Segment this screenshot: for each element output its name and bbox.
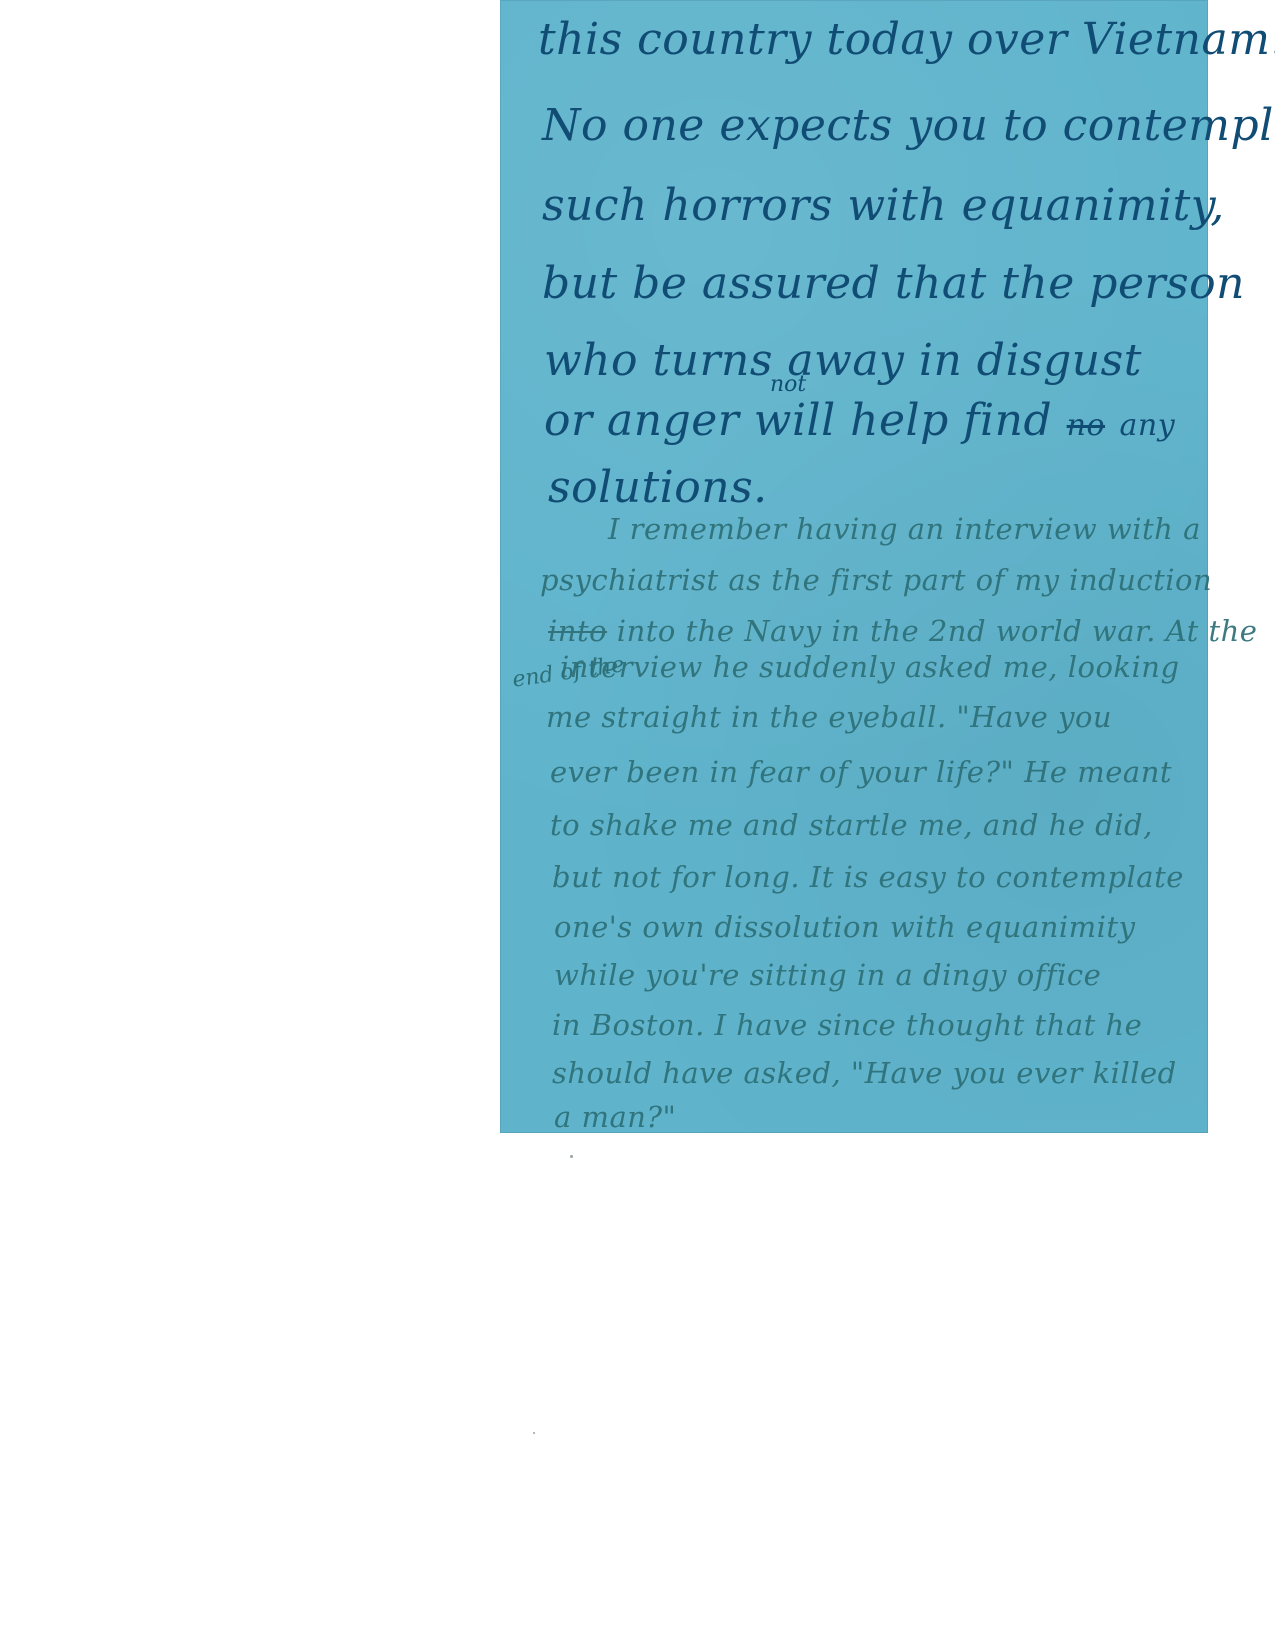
pencil-line-6: ever been in fear of your life?" He mean… xyxy=(550,755,1172,789)
ink-line-6-text: or anger will help find xyxy=(544,395,1052,446)
ink-line-6: or anger will help find no any xyxy=(544,395,1175,446)
pencil-line-1: I remember having an interview with a xyxy=(608,512,1201,546)
pencil-line-3-text: into the Navy in the 2nd world war. At t… xyxy=(617,614,1258,648)
pencil-line-3: into into the Navy in the 2nd world war.… xyxy=(548,614,1257,648)
ink-line-5: who turns away in disgust xyxy=(544,335,1142,386)
pencil-line-9: one's own dissolution with equanimity xyxy=(554,910,1135,944)
pencil-line-13: a man?" xyxy=(554,1100,676,1134)
ink-line-3: such horrors with equanimity, xyxy=(542,180,1225,231)
scan-speck xyxy=(570,1155,573,1158)
pencil-line-10: while you're sitting in a dingy office xyxy=(554,958,1101,992)
pencil-line-5: me straight in the eyeball. "Have you xyxy=(546,700,1112,734)
pencil-struck-word: into xyxy=(548,614,607,648)
pencil-line-7: to shake me and startle me, and he did, xyxy=(550,808,1153,842)
ink-line-7: solutions. xyxy=(548,462,768,513)
pencil-line-8: but not for long. It is easy to contempl… xyxy=(552,860,1184,894)
ink-line-4: but be assured that the person xyxy=(542,258,1245,309)
struck-word: no xyxy=(1067,408,1105,443)
letter-page: this country today over Vietnam. No one … xyxy=(500,0,1208,1133)
ink-line-1: this country today over Vietnam. xyxy=(538,14,1275,65)
pencil-line-11: in Boston. I have since thought that he xyxy=(552,1008,1142,1042)
pencil-line-2: psychiatrist as the first part of my ind… xyxy=(540,563,1212,597)
insertion-not: not xyxy=(770,372,806,397)
pencil-line-12: should have asked, "Have you ever killed xyxy=(552,1056,1177,1090)
ink-line-2: No one expects you to contemplate xyxy=(542,100,1275,151)
scan-speck xyxy=(533,1432,535,1434)
ink-line-6-tail: any xyxy=(1120,408,1176,443)
pencil-line-4: interview he suddenly asked me, looking xyxy=(560,650,1180,684)
